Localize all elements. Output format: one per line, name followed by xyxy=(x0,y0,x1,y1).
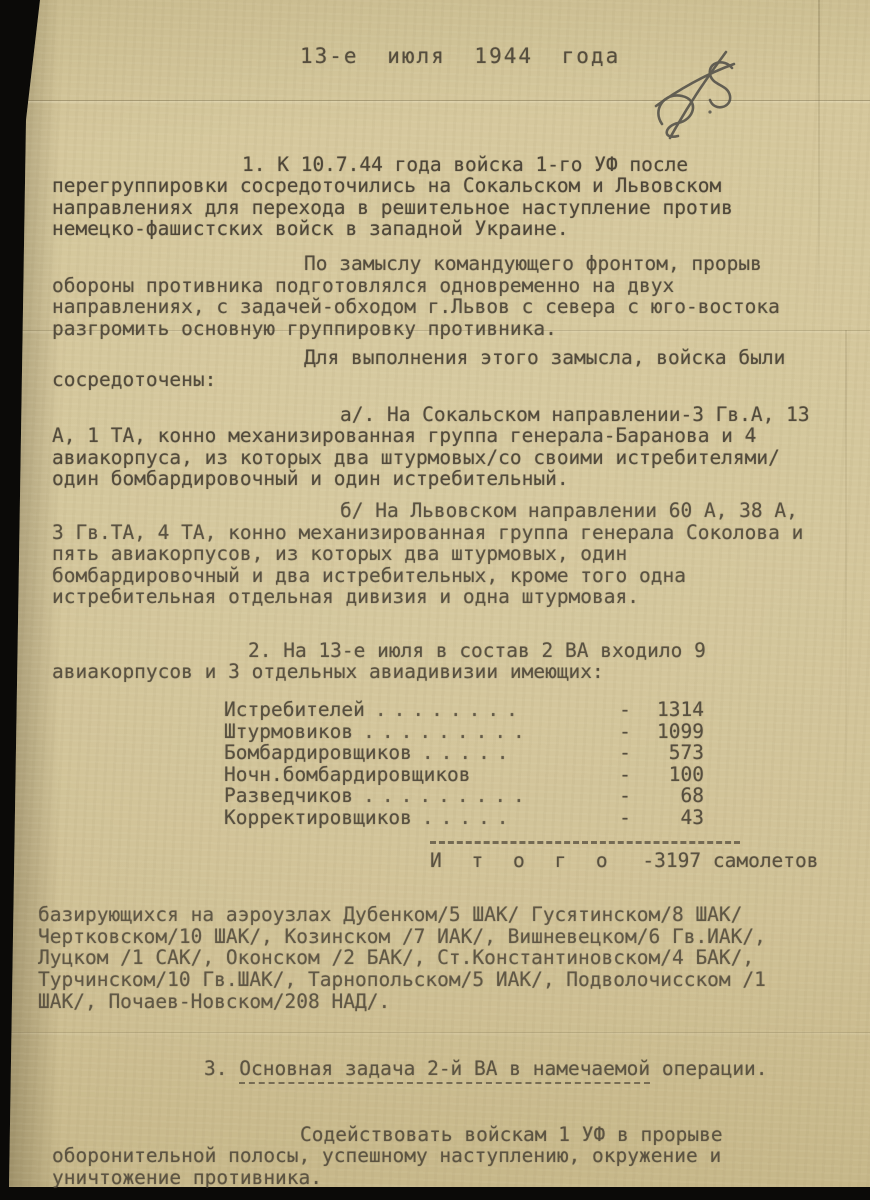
paragraph-4a-sokal-direction: а/. На Сокальском направлении-3 Гв.А, 13… xyxy=(52,404,815,490)
paragraph-5-air-army-composition: 2. На 13-е июля в состав 2 ВА входило 9 … xyxy=(52,640,815,683)
table-row: Бомбардировщиков ..... - 573 xyxy=(224,742,704,764)
table-row: Разведчиков ......... - 68 xyxy=(224,785,704,807)
heading-3-rest: операции. xyxy=(650,1057,767,1080)
dash: - xyxy=(608,807,642,829)
total-row: И т о г о -3197 самолетов xyxy=(430,850,815,872)
dash: - xyxy=(608,742,642,764)
dash: - xyxy=(608,699,642,721)
table-row: Истребителей ........ - 1314 xyxy=(224,699,704,721)
document-text: 13-е июля 1944 года 1. К 10.7.44 года во… xyxy=(0,0,870,1187)
paragraph-2-front-plan: По замыслу командующего фронтом, прорыв … xyxy=(52,253,815,339)
aircraft-count: 68 xyxy=(642,785,704,807)
dot-leader: ..... xyxy=(412,742,608,764)
paragraph-3-concentration-intro: Для выполнения этого замысла, войска был… xyxy=(52,347,815,390)
dot-leader: ......... xyxy=(353,721,608,743)
aircraft-count: 1099 xyxy=(642,721,704,743)
aircraft-count-table: Истребителей ........ - 1314 Штурмовиков… xyxy=(224,699,704,829)
dash: - xyxy=(608,764,642,786)
table-row: Корректировщиков ..... - 43 xyxy=(224,807,704,829)
dash: - xyxy=(608,721,642,743)
dot-leader: ......... xyxy=(353,785,608,807)
dash: - xyxy=(608,785,642,807)
total-label: И т о г о xyxy=(430,849,617,872)
aircraft-count: 100 xyxy=(642,764,704,786)
dot-leader: ..... xyxy=(412,807,608,829)
aircraft-count: 573 xyxy=(642,742,704,764)
paragraph-airfields-basing: базирующихся на аэроузлах Дубенком/5 ШАК… xyxy=(38,904,815,1012)
aircraft-count: 1314 xyxy=(642,699,704,721)
paragraph-1-regrouping: 1. К 10.7.44 года войска 1-го УФ после п… xyxy=(52,154,815,240)
paragraph-6-assist-task: Содействовать войскам 1 УФ в прорыве обо… xyxy=(52,1124,815,1189)
handwritten-page-number xyxy=(648,46,758,151)
table-row: Ночн.бомбардировщиков - 100 xyxy=(224,764,704,786)
paragraph-4b-lvov-direction: б/ На Львовском направлении 60 А, 38 А, … xyxy=(52,500,815,608)
aircraft-count: 43 xyxy=(642,807,704,829)
total-value: -3197 самолетов xyxy=(642,849,818,872)
dot-leader: ........ xyxy=(365,699,608,721)
heading-3-number: 3. xyxy=(204,1057,239,1080)
table-row: Штурмовиков ......... - 1099 xyxy=(224,721,704,743)
total-separator-line xyxy=(430,841,740,844)
heading-3-underlined: Основная задача 2-й ВА в намечаемой xyxy=(239,1057,650,1084)
heading-3-main-task: 3. Основная задача 2-й ВА в намечаемой о… xyxy=(204,1058,815,1080)
